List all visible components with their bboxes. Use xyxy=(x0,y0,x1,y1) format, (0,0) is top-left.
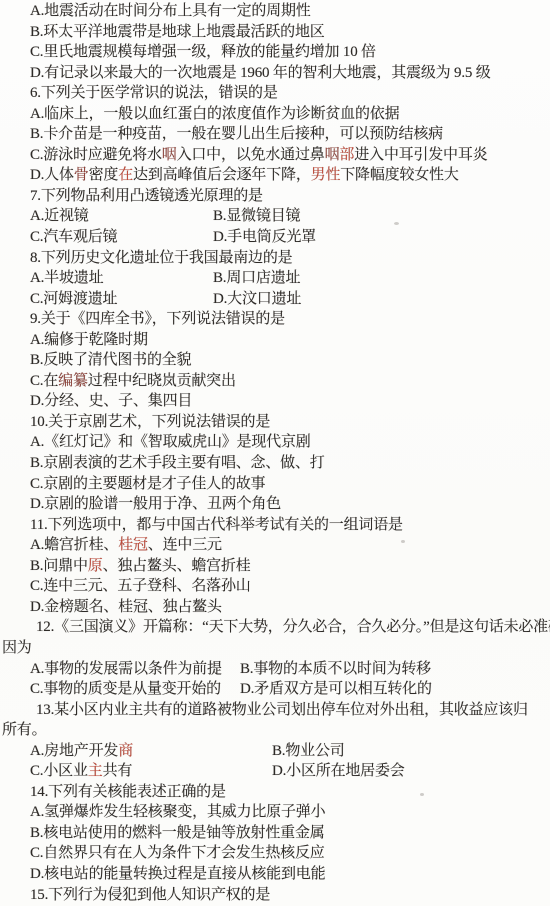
exam-line: D.分经、史、子、集四目 xyxy=(0,391,550,412)
exam-line: B.问鼎中原、独占鳌头、蟾宫折桂 xyxy=(0,556,550,577)
exam-line: 10.关于京剧艺术，下列说法错误的是 xyxy=(0,412,550,433)
exam-line: D.金榜题名、桂冠、独占鳌头 xyxy=(0,597,550,618)
exam-line-two-col: A.近视镜B.显微镜目镜 xyxy=(0,206,550,227)
exam-line: A.临床上，一般以血红蛋白的浓度值作为诊断贫血的依据 xyxy=(0,104,550,125)
exam-line: 9.关于《四库全书》，下列说法错误的是 xyxy=(0,309,550,330)
exam-line: B.京剧表演的艺术手段主要有唱、念、做、打 xyxy=(0,453,550,474)
exam-line: 所有。 xyxy=(0,720,550,741)
line-text: 、独占鳌头、蟾宫折桂 xyxy=(103,558,251,574)
red-tinted-text: 原 xyxy=(88,558,103,574)
line-text: 、连中三元 xyxy=(148,537,222,553)
exam-line: B.反映了清代图书的全貌 xyxy=(0,350,550,371)
exam-line-two-col: C.事物的质变是从量变开始的D.矛盾双方是可以相互转化的 xyxy=(0,679,550,700)
scanned-exam-page: A.地震活动在时间分布上具有一定的周期性B.环太平洋地震带是地球上地震最活跃的地… xyxy=(0,0,550,906)
exam-option-right: B.事物的本质不以时间为转移 xyxy=(240,659,431,680)
exam-line-two-col: C.小区业主共有D.小区所在地居委会 xyxy=(0,761,550,782)
line-text: B.问鼎中 xyxy=(30,558,88,574)
red-tinted-text: 骨 xyxy=(74,167,89,183)
exam-line: 7.下列物品利用凸透镜透光原理的是 xyxy=(0,186,550,207)
red-tinted-text: 咽 xyxy=(325,147,340,163)
exam-option-right: B.周口店遗址 xyxy=(213,268,300,289)
exam-line: B.环太平洋地震带是地球上地震最活跃的地区 xyxy=(0,22,550,43)
line-text: 密度 xyxy=(89,167,119,183)
line-text: C.小区业 xyxy=(30,763,88,779)
exam-line: 8.下列历史文化遗址位于我国最南边的是 xyxy=(0,248,550,269)
exam-line-two-col: A.房地产开发商B.物业公司 xyxy=(0,741,550,762)
exam-line: B.核电站使用的燃料一般是铀等放射性重金属 xyxy=(0,823,550,844)
exam-line: C.里氏地震规模每增强一级，释放的能量约增加 10 倍 xyxy=(0,42,550,63)
line-text: 达到高峰值后会逐年下降， xyxy=(133,167,311,183)
exam-line: D.有记录以来最大的一次地震是 1960 年的智利大地震，其震级为 9.5 级 xyxy=(0,63,550,84)
exam-line: 14.下列有关核能表述正确的是 xyxy=(0,782,550,803)
line-text: 入口中，以免水通过鼻 xyxy=(177,147,325,163)
exam-line: 12.《三国演义》开篇称：“天下大势，分久必合，合久必分。”但是这句话未必准确， xyxy=(0,617,550,638)
exam-option-right: B.显微镜目镜 xyxy=(213,206,300,227)
exam-line: C.京剧的主要题材是才子佳人的故事 xyxy=(0,474,550,495)
red-tinted-text: 部 xyxy=(339,147,354,163)
exam-line: D.核电站的能量转换过程是直接从核能到电能 xyxy=(0,864,550,885)
line-text: A.房地产开发 xyxy=(30,743,118,759)
exam-line: A.氢弹爆炸发生轻核聚变，其威力比原子弹小 xyxy=(0,802,550,823)
exam-line: 6.下列关于医学常识的说法，错误的是 xyxy=(0,83,550,104)
red-tinted-text: 男性 xyxy=(311,167,341,183)
line-text: C.游泳时应避免将水 xyxy=(30,147,162,163)
exam-option-right: D.小区所在地居委会 xyxy=(272,761,405,782)
line-text: A.蟾宫折桂、 xyxy=(30,537,118,553)
exam-line: 11.下列选项中，都与中国古代科举考试有关的一组词语是 xyxy=(0,515,550,536)
red-tinted-text: 在 xyxy=(118,167,133,183)
exam-line: C.游泳时应避免将水咽入口中，以免水通过鼻咽部进入中耳引发中耳炎 xyxy=(0,145,550,166)
exam-line: B.卡介苗是一种疫苗，一般在婴儿出生后接种，可以预防结核病 xyxy=(0,124,550,145)
exam-line-two-col: A.半坡遗址B.周口店遗址 xyxy=(0,268,550,289)
red-tinted-text: 咽 xyxy=(162,147,177,163)
line-text: C.在 xyxy=(30,373,58,389)
exam-line: C.自然界只有在人为条件下才会发生热核反应 xyxy=(0,843,550,864)
line-text: 下降幅度较女性大 xyxy=(340,167,458,183)
exam-option-right: D.手电筒反光罩 xyxy=(213,227,316,248)
red-tinted-text: 桂冠 xyxy=(118,537,148,553)
exam-option-right: D.大汶口遗址 xyxy=(213,289,301,310)
exam-line: A.地震活动在时间分布上具有一定的周期性 xyxy=(0,1,550,22)
line-text: 过程中纪晓岚贡献突出 xyxy=(88,373,236,389)
exam-line: 因为 xyxy=(0,638,550,659)
exam-line: C.连中三元、五子登科、名落孙山 xyxy=(0,576,550,597)
exam-line: A.《红灯记》和《智取威虎山》是现代京剧 xyxy=(0,432,550,453)
scan-speck xyxy=(373,115,377,118)
exam-line: A.蟾宫折桂、桂冠、连中三元 xyxy=(0,535,550,556)
exam-line: D.人体骨密度在达到高峰值后会逐年下降，男性下降幅度较女性大 xyxy=(0,165,550,186)
scan-speck xyxy=(401,540,405,543)
line-text: D.人体 xyxy=(30,167,74,183)
exam-line: A.编修于乾隆时期 xyxy=(0,330,550,351)
scan-speck xyxy=(420,793,424,796)
exam-line: D.京剧的脸谱一般用于净、丑两个角色 xyxy=(0,494,550,515)
exam-option-right: B.物业公司 xyxy=(272,741,345,762)
exam-line: 15.下列行为侵犯到他人知识产权的是 xyxy=(0,885,550,906)
exam-line-two-col: C.河姆渡遗址D.大汶口遗址 xyxy=(0,289,550,310)
red-tinted-text: 编纂 xyxy=(58,373,88,389)
red-tinted-text: 主 xyxy=(88,763,103,779)
exam-option-right: D.矛盾双方是可以相互转化的 xyxy=(240,679,432,700)
line-text: 共有 xyxy=(103,763,133,779)
exam-line-two-col: A.事物的发展需以条件为前提B.事物的本质不以时间为转移 xyxy=(0,659,550,680)
red-tinted-text: 商 xyxy=(118,743,133,759)
exam-line: C.在编纂过程中纪晓岚贡献突出 xyxy=(0,371,550,392)
scan-speck xyxy=(394,222,399,225)
line-text: 进入中耳引发中耳炎 xyxy=(354,147,487,163)
exam-lines: A.地震活动在时间分布上具有一定的周期性B.环太平洋地震带是地球上地震最活跃的地… xyxy=(0,1,550,905)
exam-line-two-col: C.汽车观后镜D.手电筒反光罩 xyxy=(0,227,550,248)
exam-line: 13.某小区内业主共有的道路被物业公司划出停车位对外出租，其收益应该归 xyxy=(0,700,550,721)
